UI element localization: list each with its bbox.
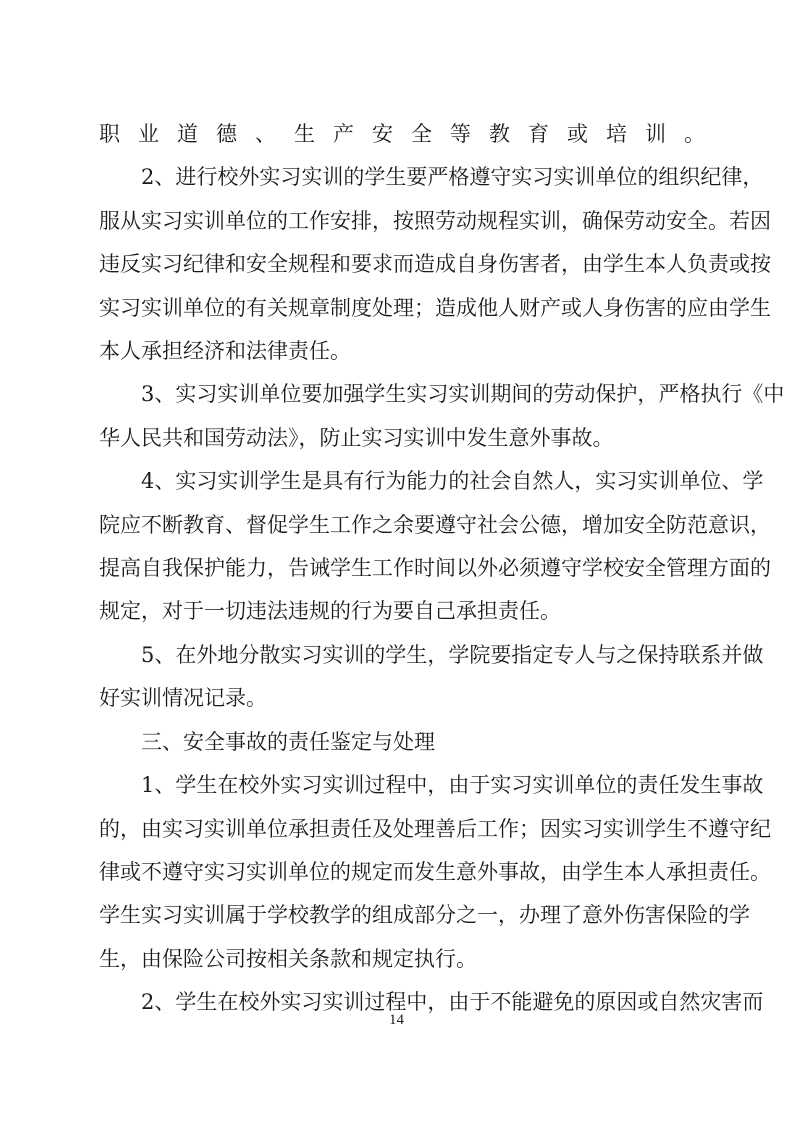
text-line: 3、实习实训单位要加强学生实习实训期间的劳动保护，严格执行《中: [99, 373, 705, 416]
section-heading: 三、安全事故的责任鉴定与处理: [99, 721, 705, 764]
text-line: 学生实习实训属于学校教学的组成部分之一，办理了意外伤害保险的学: [99, 894, 705, 937]
text-line: 2、进行校外实习实训的学生要严格遵守实习实训单位的组织纪律，: [99, 156, 705, 199]
document-page: 职业道德、生产安全等教育或培训。 2、进行校外实习实训的学生要严格遵守实习实训单…: [0, 0, 793, 1122]
text-line: 职业道德、生产安全等教育或培训。: [99, 113, 705, 156]
text-line: 提高自我保护能力，告诫学生工作时间以外必须遵守学校安全管理方面的: [99, 547, 705, 590]
text-line: 律或不遵守实习实训单位的规定而发生意外事故，由学生本人承担责任。: [99, 851, 705, 894]
text-line: 规定，对于一切违法违规的行为要自己承担责任。: [99, 590, 705, 633]
text-line: 好实训情况记录。: [99, 677, 705, 720]
text-line: 生，由保险公司按相关条款和规定执行。: [99, 938, 705, 981]
text-line: 服从实习实训单位的工作安排，按照劳动规程实训，确保劳动安全。若因: [99, 200, 705, 243]
page-number: 14: [0, 1012, 793, 1029]
text-line: 实习实训单位的有关规章制度处理；造成他人财产或人身伤害的应由学生: [99, 287, 705, 330]
text-line: 院应不断教育、督促学生工作之余要遵守社会公德，增加安全防范意识，: [99, 504, 705, 547]
text-line: 4、实习实训学生是具有行为能力的社会自然人，实习实训单位、学: [99, 460, 705, 503]
text-line: 的，由实习实训单位承担责任及处理善后工作；因实习实训学生不遵守纪: [99, 808, 705, 851]
text-line: 违反实习纪律和安全规程和要求而造成自身伤害者，由学生本人负责或按: [99, 243, 705, 286]
text-line: 1、学生在校外实习实训过程中，由于实习实训单位的责任发生事故: [99, 764, 705, 807]
text-line: 华人民共和国劳动法》，防止实习实训中发生意外事故。: [99, 417, 705, 460]
text-line: 5、在外地分散实习实训的学生，学院要指定专人与之保持联系并做: [99, 634, 705, 677]
document-body: 职业道德、生产安全等教育或培训。 2、进行校外实习实训的学生要严格遵守实习实训单…: [99, 113, 705, 1025]
text-line: 本人承担经济和法律责任。: [99, 330, 705, 373]
